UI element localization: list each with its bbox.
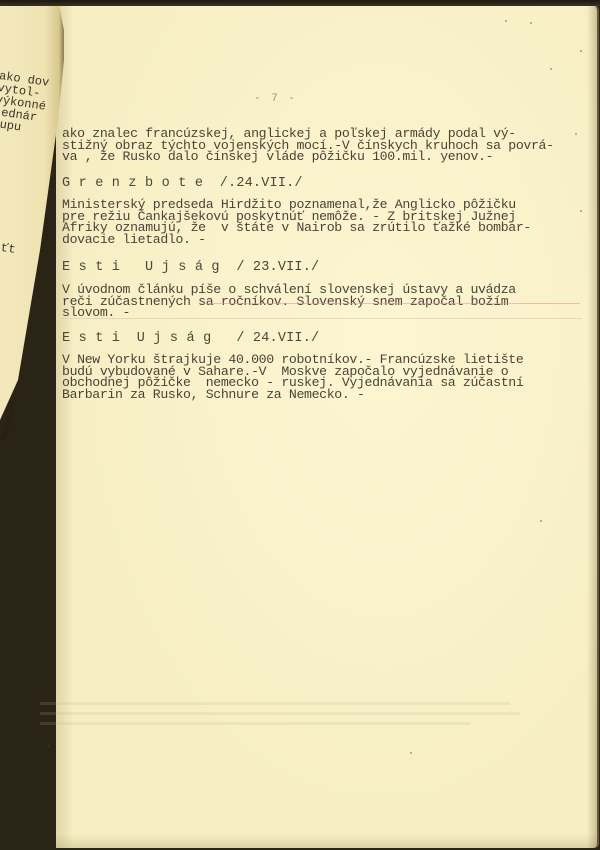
ruled-line: [62, 318, 582, 319]
facing-page-text-fragment: ťt: [0, 242, 16, 256]
paragraph-esti-ujsag-23: V úvodnom článku píše o schválení sloven…: [62, 284, 592, 319]
scan-top-edge: [0, 0, 600, 6]
paragraph-intro: ako znalec francúzskej, anglickej a poľs…: [62, 128, 592, 163]
section-heading-esti-ujsag-23: E s t i U j s á g / 23.VII./: [62, 260, 319, 275]
paragraph-grenzbote: Ministerský predseda Hirdžito poznamenal…: [62, 199, 592, 245]
section-heading-grenzbote: G r e n z b o t e /.24.VII./: [62, 176, 303, 191]
ruled-line: [200, 303, 580, 304]
facing-page-text-fragment: ako dov vytol- výkonné jednár rupu: [0, 70, 50, 136]
page-number: - 7 -: [254, 93, 297, 105]
bleed-through-text: [40, 722, 470, 725]
paragraph-esti-ujsag-24: V New Yorku štrajkuje 40.000 robotníkov.…: [62, 354, 592, 400]
section-heading-esti-ujsag-24: E s t i U j s á g / 24.VII./: [62, 331, 319, 346]
bleed-through-text: [40, 702, 510, 705]
bleed-through-text: [40, 712, 520, 715]
